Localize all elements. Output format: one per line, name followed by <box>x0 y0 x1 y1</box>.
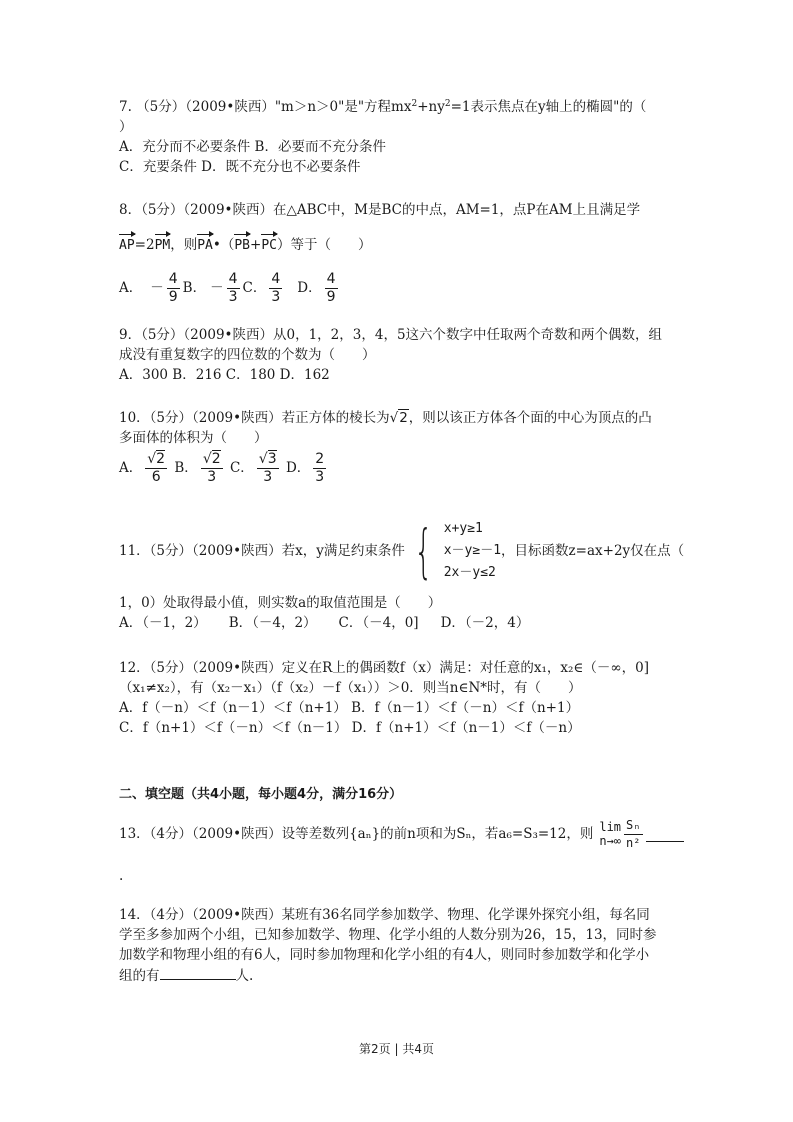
question-14-line3: 加数学和物理小组的有6人，同时参加物理和化学小组的有4人，则同时参加数学和化学小 <box>119 945 689 965</box>
question-7-stem: 7. （5分）（2009•陕西）"m＞n＞0"是"方程mx2+ny2=1表示焦点… <box>119 97 679 117</box>
exam-page: 7. （5分）（2009•陕西）"m＞n＞0"是"方程mx2+ny2=1表示焦点… <box>0 0 793 1122</box>
question-7: 7. （5分）（2009•陕西）"m＞n＞0"是"方程mx2+ny2=1表示焦点… <box>119 97 679 177</box>
q11-stem-text: ，目标函数z=ax+2y仅在点（ <box>501 541 684 561</box>
plus-text: + <box>250 237 261 253</box>
question-13-stem: 13．（4分）（2009•陕西）设等差数列{aₙ}的前n项和为Sₙ，若a₆=S₃… <box>119 812 689 856</box>
option-b-fraction: 43 <box>227 271 240 306</box>
question-14: 14．（4分）（2009•陕西）某班有36名同学参加数学、物理、化学课外探究小组… <box>119 905 689 986</box>
option-c-label: C． <box>230 460 254 476</box>
option-a-label: A． <box>119 280 142 296</box>
option-b: B．（－4，2） <box>229 613 317 633</box>
question-12-options-cd: C．f（n+1）＜f（－n）＜f（n－1） D．f（n+1）＜f（n－1）＜f（… <box>119 718 689 738</box>
option-c-fraction: √33 <box>257 451 279 486</box>
denominator: 3 <box>271 289 280 306</box>
question-14-line4: 组的有人. <box>119 965 689 986</box>
option-b-sign: － <box>210 280 224 296</box>
question-11-stem-line2: 1，0）处取得最小值，则实数a的取值范围是（ ） <box>119 593 689 613</box>
question-12-options-ab: A．f（－n）＜f（n－1）＜f（n+1） B．f（n－1）＜f（－n）＜f（n… <box>119 698 689 718</box>
question-10: 10．（5分）（2009•陕西）若正方体的棱长为√2，则以该正方体各个面的中心为… <box>119 408 679 488</box>
vector-pm: PM <box>155 236 171 256</box>
constraint-2: x－y≥－1 <box>444 540 501 562</box>
option-a-fraction: 49 <box>167 271 180 306</box>
question-11: 11．（5分）（2009•陕西）若x，y满足约束条件 { x+y≥1 x－y≥－… <box>119 513 689 633</box>
option-d-label: D． <box>286 460 310 476</box>
option-b-label: B． <box>183 280 206 296</box>
option-c-label: C． <box>243 280 267 296</box>
numerator: 4 <box>325 271 338 289</box>
question-9-stem-line1: 9．（5分）（2009•陕西）从0，1，2，3，4，5这六个数字中任取两个奇数和… <box>119 325 679 345</box>
limit-operator: limn→∞ <box>599 820 621 848</box>
vector-ap: AP <box>119 236 135 256</box>
left-brace: { <box>414 521 432 581</box>
question-11-options: A．（－1，2）B．（－4，2）C．（－4，0]D．（－2，4） <box>119 613 689 633</box>
question-13: 13．（4分）（2009•陕西）设等差数列{aₙ}的前n项和为Sₙ，若a₆=S₃… <box>119 812 689 886</box>
numerator: 4 <box>227 271 240 289</box>
denominator: 3 <box>207 469 216 486</box>
dot-text: •（ <box>213 237 234 253</box>
option-c-fraction: 43 <box>269 271 282 306</box>
question-8: 8．（5分）（2009•陕西）在△ABC中，M是BC的中点，AM=1，点P在AM… <box>119 200 679 308</box>
section-title-fill-in: 二、填空题（共4小题，每小题4分，满分16分） <box>119 783 402 802</box>
option-d-label: D． <box>297 280 321 296</box>
denominator: n² <box>626 835 640 852</box>
q10-stem-text: ，则以该正方体各个面的中心为顶点的凸 <box>409 410 652 426</box>
question-10-options: A．√26 B．√23 C．√33 D．23 <box>119 448 679 488</box>
question-13-end: . <box>119 866 689 886</box>
q14-text: 人. <box>236 968 254 984</box>
question-9-options: A．300 B．216 C．180 D．162 <box>119 365 679 385</box>
constraint-lines: x+y≥1 x－y≥－1 2x－y≤2 <box>444 518 501 584</box>
q7-stem-text: +ny <box>417 99 445 115</box>
question-10-stem-line1: 10．（5分）（2009•陕西）若正方体的棱长为√2，则以该正方体各个面的中心为… <box>119 408 679 428</box>
answer-blank[interactable] <box>646 827 684 842</box>
question-9: 9．（5分）（2009•陕西）从0，1，2，3，4，5这六个数字中任取两个奇数和… <box>119 325 679 385</box>
lim-subscript: n→∞ <box>599 834 621 848</box>
sqrt-expression: √2 <box>390 408 409 428</box>
option-d-fraction: 23 <box>313 451 326 486</box>
option-b-fraction: √23 <box>201 451 223 486</box>
question-12-stem-line1: 12．（5分）（2009•陕西）定义在R上的偶函数f（x）满足：对任意的x₁，x… <box>119 658 689 678</box>
radicand: 2 <box>156 450 165 467</box>
denominator: 3 <box>229 289 238 306</box>
question-8-vector-condition: AP=2PM，则PA•（PB+PC）等于（ ） <box>119 230 679 256</box>
q13-stem-text: 13．（4分）（2009•陕西）设等差数列{aₙ}的前n项和为Sₙ，若a₆=S₃… <box>119 824 593 844</box>
option-b-label: B． <box>174 460 197 476</box>
vector-pc: PC <box>261 236 277 256</box>
option-a-fraction: √26 <box>145 451 167 486</box>
numerator: 4 <box>167 271 180 289</box>
denominator: 6 <box>152 469 161 486</box>
option-c: C．（－4，0] <box>339 613 419 633</box>
limit-fraction: Sₙn² <box>624 817 642 852</box>
constraint-system: { x+y≥1 x－y≥－1 2x－y≤2 <box>405 518 501 584</box>
question-7-options-ab: A．充分而不必要条件 B．必要而不充分条件 <box>119 137 679 157</box>
question-8-options: A．－49B．－43C．43D．49 <box>119 268 679 308</box>
denominator: 9 <box>327 289 336 306</box>
numerator: 4 <box>269 271 282 289</box>
page-footer: 第2页 | 共4页 <box>0 1040 793 1057</box>
question-8-stem: 8．（5分）（2009•陕西）在△ABC中，M是BC的中点，AM=1，点P在AM… <box>119 200 679 220</box>
option-a: A．（－1，2） <box>119 613 207 633</box>
numerator: Sₙ <box>624 817 642 835</box>
q10-stem-text: 10．（5分）（2009•陕西）若正方体的棱长为 <box>119 410 390 426</box>
vector-pb: PB <box>234 236 250 256</box>
lim-text: lim <box>599 820 621 834</box>
question-7-options-cd: C．充要条件 D．既不充分也不必要条件 <box>119 157 679 177</box>
constraint-1: x+y≥1 <box>444 518 501 540</box>
option-d-fraction: 49 <box>325 271 338 306</box>
q11-stem-text: 11．（5分）（2009•陕西）若x，y满足约束条件 <box>119 541 405 561</box>
numerator: √3 <box>257 451 279 469</box>
question-14-line1: 14．（4分）（2009•陕西）某班有36名同学参加数学、物理、化学课外探究小组… <box>119 905 689 925</box>
answer-blank[interactable] <box>160 965 236 980</box>
tail-text: ）等于（ ） <box>277 237 372 253</box>
denominator: 9 <box>169 289 178 306</box>
numerator: √2 <box>201 451 223 469</box>
equals-text: =2 <box>135 237 155 253</box>
numerator: 2 <box>313 451 326 469</box>
option-a-label: A． <box>119 460 142 476</box>
question-12: 12．（5分）（2009•陕西）定义在R上的偶函数f（x）满足：对任意的x₁，x… <box>119 658 689 738</box>
vector-pa: PA <box>197 236 213 256</box>
q7-stem-text: =1表示焦点在y轴上的椭圆"的（ <box>451 99 647 115</box>
option-a-sign: － <box>150 280 164 296</box>
question-11-stem-line1: 11．（5分）（2009•陕西）若x，y满足约束条件 { x+y≥1 x－y≥－… <box>119 513 689 589</box>
numerator: √2 <box>145 451 167 469</box>
denominator: 3 <box>315 469 324 486</box>
question-12-stem-line2: （x₁≠x₂），有（x₂－x₁）（f（x₂）－f（x₁））＞0．则当n∈N*时，… <box>119 678 689 698</box>
q14-text: 组的有 <box>119 968 160 984</box>
question-14-line2: 学至多参加两个小组，已知参加数学、物理、化学小组的人数分别为26，15，13，同… <box>119 925 689 945</box>
then-text: ，则 <box>170 237 197 253</box>
question-9-stem-line2: 成没有重复数字的四位数的个数为（ ） <box>119 345 679 365</box>
question-7-stem-end: ） <box>119 117 679 137</box>
radicand: 2 <box>398 409 409 426</box>
radicand: 2 <box>212 450 221 467</box>
option-d: D．（－2，4） <box>441 613 530 633</box>
constraint-3: 2x－y≤2 <box>444 562 501 584</box>
radicand: 3 <box>268 450 277 467</box>
denominator: 3 <box>263 469 272 486</box>
q7-stem-text: 7. （5分）（2009•陕西）"m＞n＞0"是"方程mx <box>119 99 411 115</box>
question-10-stem-line2: 多面体的体积为（ ） <box>119 428 679 448</box>
